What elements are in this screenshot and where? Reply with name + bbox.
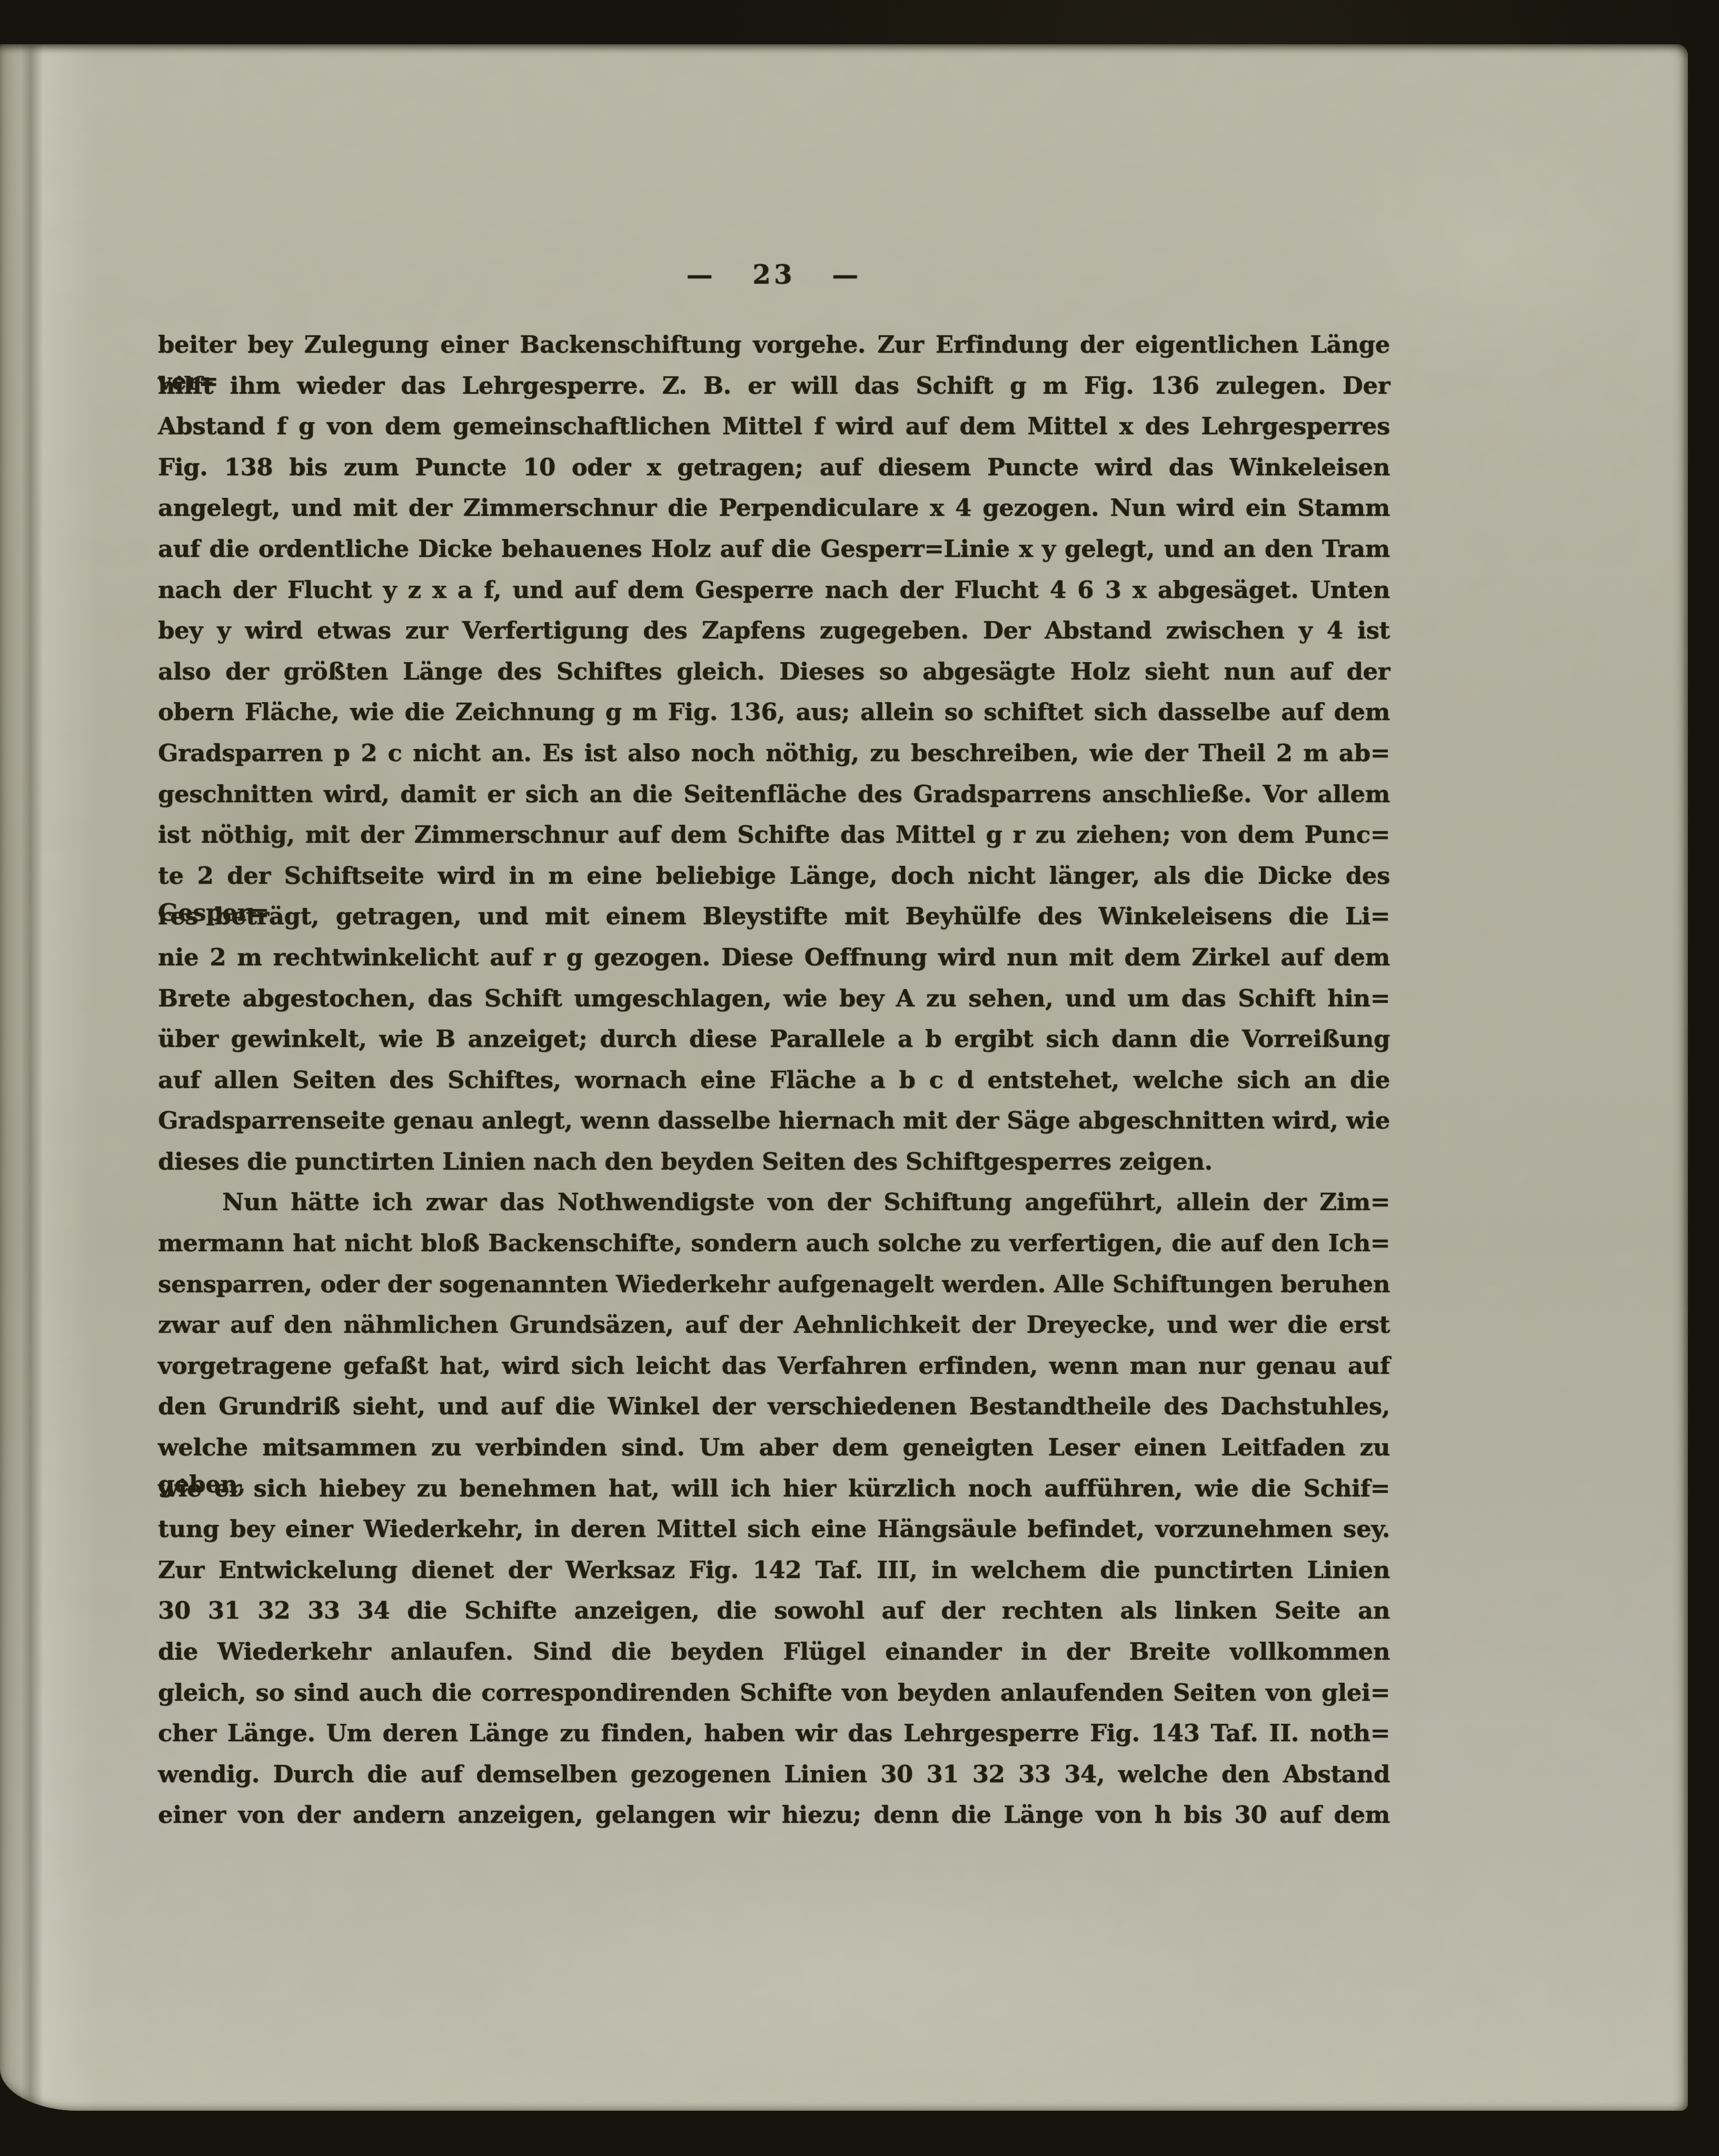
text-line: nie 2 m rechtwinkelicht auf r g gezogen.… [158,939,1390,980]
text-line: res beträgt, getragen, und mit einem Ble… [158,898,1390,939]
text-line: tung bey einer Wiederkehr, in deren Mitt… [158,1511,1390,1552]
text-line: wendig. Durch die auf demselben gezogene… [158,1756,1390,1797]
text-line: cher Länge. Um deren Länge zu finden, ha… [158,1715,1390,1756]
text-line: mermann hat nicht bloß Backenschifte, so… [158,1225,1390,1266]
text-line: geschnitten wird, damit er sich an die S… [158,776,1390,817]
text-line: vorgetragene gefaßt hat, wird sich leich… [158,1347,1390,1389]
text-line: dieses die punctirten Linien nach den be… [158,1143,1390,1184]
text-line: den Grundriß sieht, und auf die Winkel d… [158,1388,1390,1429]
text-line: 30 31 32 33 34 die Schifte anzeigen, die… [158,1592,1390,1633]
text-line: auf die ordentliche Dicke behauenes Holz… [158,531,1390,572]
scanned-book-page: — 23 — beiter bey Zulegung einer Backens… [0,0,1719,2156]
text-line: Zur Entwickelung dienet der Werksaz Fig.… [158,1552,1390,1593]
text-line: Brete abgestochen, das Schift umgeschlag… [158,980,1390,1021]
text-line: angelegt, und mit der Zimmerschnur die P… [158,490,1390,531]
text-line: die Wiederkehr anlaufen. Sind die beyden… [158,1633,1390,1674]
body-text: beiter bey Zulegung einer Backenschiftun… [158,326,1390,1838]
text-line: also der größten Länge des Schiftes glei… [158,653,1390,694]
text-line: nach der Flucht y z x a f, und auf dem G… [158,572,1390,613]
text-line: welche mitsammen zu verbinden sind. Um a… [158,1429,1390,1470]
text-line: ist nöthig, mit der Zimmerschnur auf dem… [158,816,1390,857]
paper-stain [474,1860,1264,2081]
text-line: beiter bey Zulegung einer Backenschiftun… [158,326,1390,367]
page-number: — 23 — [158,259,1390,290]
text-line: Gradsparrenseite genau anlegt, wenn dass… [158,1102,1390,1143]
text-line: wie er sich hiebey zu benehmen hat, will… [158,1470,1390,1511]
text-line: zwar auf den nähmlichen Grundsäzen, auf … [158,1306,1390,1347]
text-line: einer von der andern anzeigen, gelangen … [158,1796,1390,1838]
text-line: bey y wird etwas zur Verfertigung des Za… [158,612,1390,653]
text-line: hilft ihm wieder das Lehrgesperre. Z. B.… [158,367,1390,408]
text-line: sensparren, oder der sogenannten Wiederk… [158,1266,1390,1307]
text-line: Abstand f g von dem gemeinschaftlichen M… [158,408,1390,449]
text-line: te 2 der Schiftseite wird in m eine beli… [158,857,1390,899]
text-line: gleich, so sind auch die correspondirend… [158,1674,1390,1715]
text-line: Gradsparren p 2 c nicht an. Es ist also … [158,735,1390,776]
paper-sheet: — 23 — beiter bey Zulegung einer Backens… [0,44,1688,2111]
text-line: über gewinkelt, wie B anzeiget; durch di… [158,1021,1390,1062]
text-line: Fig. 138 bis zum Puncte 10 oder x getrag… [158,449,1390,490]
text-line: Nun hätte ich zwar das Nothwendigste von… [158,1184,1390,1225]
text-line: auf allen Seiten des Schiftes, wornach e… [158,1062,1390,1103]
text-line: obern Fläche, wie die Zeichnung g m Fig.… [158,694,1390,735]
